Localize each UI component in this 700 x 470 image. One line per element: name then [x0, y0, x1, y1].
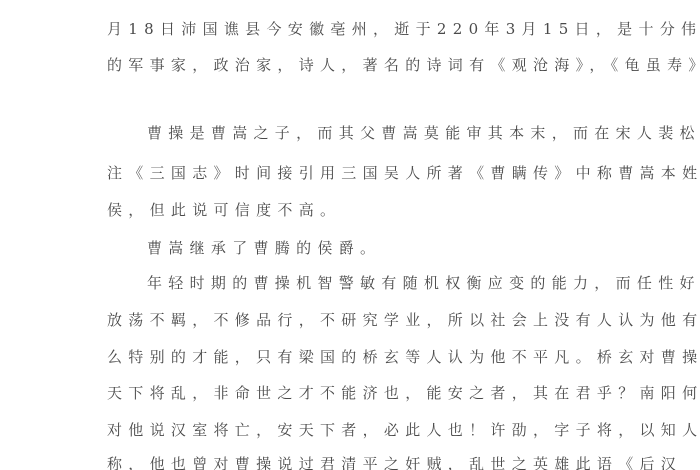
document-page: 月18日沛国谯县今安徽亳州，逝于220年3月15日，是十分伟大 的军事家，政治家…	[0, 0, 700, 470]
text-line: 的军事家，政治家，诗人，著名的诗词有《观沧海》，《龟虽寿》。	[107, 55, 700, 75]
text-line: 侯，但此说可信度不高。	[107, 200, 341, 220]
text-line: 曹嵩继承了曹腾的侯爵。	[147, 238, 381, 258]
text-line: 对他说汉室将亡，安天下者，必此人也！许劭，字子将，以知人著	[107, 420, 700, 440]
text-line: 注《三国志》时间接引用三国吴人所著《曹瞒传》中称曹嵩本姓夏	[107, 163, 700, 183]
text-line: 月18日沛国谯县今安徽亳州，逝于220年3月15日，是十分伟大	[107, 19, 700, 39]
text-line: 放荡不羁，不修品行，不研究学业，所以社会上没有人认为他有什	[107, 310, 700, 330]
text-line: 么特别的才能，只有梁国的桥玄等人认为他不平凡。桥玄对曹操说	[107, 347, 700, 367]
text-line: 天下将乱，非命世之才不能济也，能安之者，其在君乎？南阳何颙	[107, 383, 700, 403]
text-line: 曹操是曹嵩之子，而其父曹嵩莫能审其本末，而在宋人裴松之	[147, 123, 700, 143]
text-line: 年轻时期的曹操机智警敏有随机权衡应变的能力，而任性好侠，	[147, 273, 700, 293]
text-line: 称，他也曾对曹操说过君清平之奸贼，乱世之英雄此语《后汉	[107, 454, 682, 470]
